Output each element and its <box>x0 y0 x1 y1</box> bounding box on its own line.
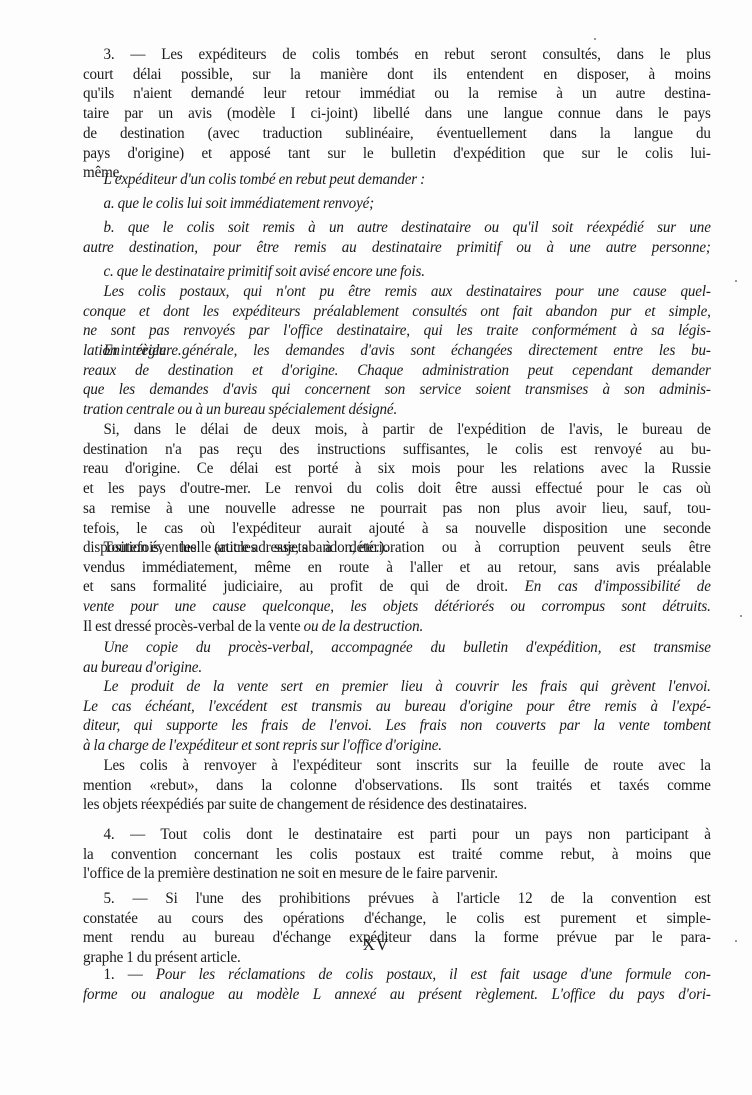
text-line: diteur, qui supporte les frais de l'envo… <box>83 716 711 736</box>
options-intro: L'expéditeur d'un colis tombé en rebut p… <box>83 170 711 190</box>
text-line: b. que le colis soit remis à un autre de… <box>83 218 711 238</box>
text-line: Il est dressé procès-verbal de la vente … <box>83 617 711 637</box>
text-line: mention «rebut», dans la colonne d'obser… <box>83 776 711 796</box>
paragraph-5: 5. — Si l'une des prohibitions prévues à… <box>83 889 711 968</box>
text-line: forme ou analogue au modèle L annexé au … <box>83 985 711 1005</box>
scan-speck <box>594 38 596 40</box>
text-line: et les pays d'outre-mer. Le renvoi du co… <box>83 479 711 499</box>
text-line: Le produit de la vente sert en premier l… <box>83 677 711 697</box>
text-line: destination n'a pas reçu des instruction… <box>83 440 711 460</box>
text-line: l'office de la première destination ne s… <box>83 864 711 884</box>
text-line: tration centrale ou à un bureau spéciale… <box>83 400 711 420</box>
text-line: 1. — Pour les réclamations de colis post… <box>83 965 711 985</box>
text-line: ne sont pas renvoyés par l'office destin… <box>83 321 711 341</box>
text-line: c. que le destinataire primitif soit avi… <box>83 262 711 282</box>
text-line: que les demandes d'avis qui concernent s… <box>83 380 711 400</box>
text-line: 5. — Si l'une des prohibitions prévues à… <box>83 889 711 909</box>
text-line: autre destination, pour être remis au de… <box>83 238 711 258</box>
paragraph-toutefois: Toutefois, les articles sujets à détério… <box>83 538 711 637</box>
text-line: constatée au cours des opérations d'écha… <box>83 909 711 929</box>
section-heading: XV <box>0 935 752 955</box>
text-line: 4. — Tout colis dont le destinataire est… <box>83 825 711 845</box>
text-line: reaux de destination et d'origine. Chaqu… <box>83 361 711 381</box>
text-line: vendus immédiatement, même en route à l'… <box>83 558 711 578</box>
paragraph-produit: Le produit de la vente sert en premier l… <box>83 677 711 756</box>
text-line: Le cas échéant, l'excédent est transmis … <box>83 697 711 717</box>
text-line: et sans formalité judiciaire, au profit … <box>83 577 711 597</box>
text-line: Les colis à renvoyer à l'expéditeur sont… <box>83 756 711 776</box>
paragraph-copie: Une copie du procès-verbal, accompagnée … <box>83 638 711 677</box>
text-line: qu'ils n'aient demandé leur retour imméd… <box>83 84 711 104</box>
paragraph-renvoyer: Les colis à renvoyer à l'expéditeur sont… <box>83 756 711 815</box>
text-line: tefois, le cas où l'expéditeur aurait aj… <box>83 519 711 539</box>
paragraph-xv-1: 1. — Pour les réclamations de colis post… <box>83 965 711 1004</box>
text-line: reau d'origine. Ce délai est porté à six… <box>83 459 711 479</box>
document-page: 3. — Les expéditeurs de colis tombés en … <box>0 0 752 1095</box>
paragraph-4: 4. — Tout colis dont le destinataire est… <box>83 825 711 884</box>
text-line: L'expéditeur d'un colis tombé en rebut p… <box>83 170 711 190</box>
text-line: a. que le colis lui soit immédiatement r… <box>83 194 711 214</box>
text-line: les objets réexpédiés par suite de chang… <box>83 795 711 815</box>
text-line: Une copie du procès-verbal, accompagnée … <box>83 638 711 658</box>
text-line: conque et dont les expéditeurs préalable… <box>83 302 711 322</box>
option-a: a. que le colis lui soit immédiatement r… <box>83 194 711 214</box>
text-line: vente pour une cause quelconque, les obj… <box>83 597 711 617</box>
text-line: 3. — Les expéditeurs de colis tombés en … <box>83 45 711 65</box>
option-c: c. que le destinataire primitif soit avi… <box>83 262 711 282</box>
text-line: Toutefois, les articles sujets à détério… <box>83 538 711 558</box>
scan-speck <box>735 940 737 942</box>
scan-speck <box>735 280 737 282</box>
scan-speck <box>740 615 742 617</box>
text-line: court délai possible, sur la manière don… <box>83 65 711 85</box>
text-line: pays d'origine) et apposé tant sur le bu… <box>83 144 711 164</box>
text-line: Les colis postaux, qui n'ont pu être rem… <box>83 282 711 302</box>
text-line: taire par un avis (modèle I ci-joint) li… <box>83 104 711 124</box>
text-line: Si, dans le délai de deux mois, à partir… <box>83 420 711 440</box>
text-line: sa remise à une nouvelle adresse ne pour… <box>83 499 711 519</box>
option-b: b. que le colis soit remis à un autre de… <box>83 218 711 257</box>
text-line: En règle générale, les demandes d'avis s… <box>83 341 711 361</box>
text-line: au bureau d'origine. <box>83 658 711 678</box>
paragraph-3: 3. — Les expéditeurs de colis tombés en … <box>83 45 711 183</box>
text-line: de destination (avec traduction sublinéa… <box>83 124 711 144</box>
text-line: la convention concernant les colis posta… <box>83 845 711 865</box>
paragraph-regle-generale: En règle générale, les demandes d'avis s… <box>83 341 711 420</box>
text-line: à la charge de l'expéditeur et sont repr… <box>83 736 711 756</box>
